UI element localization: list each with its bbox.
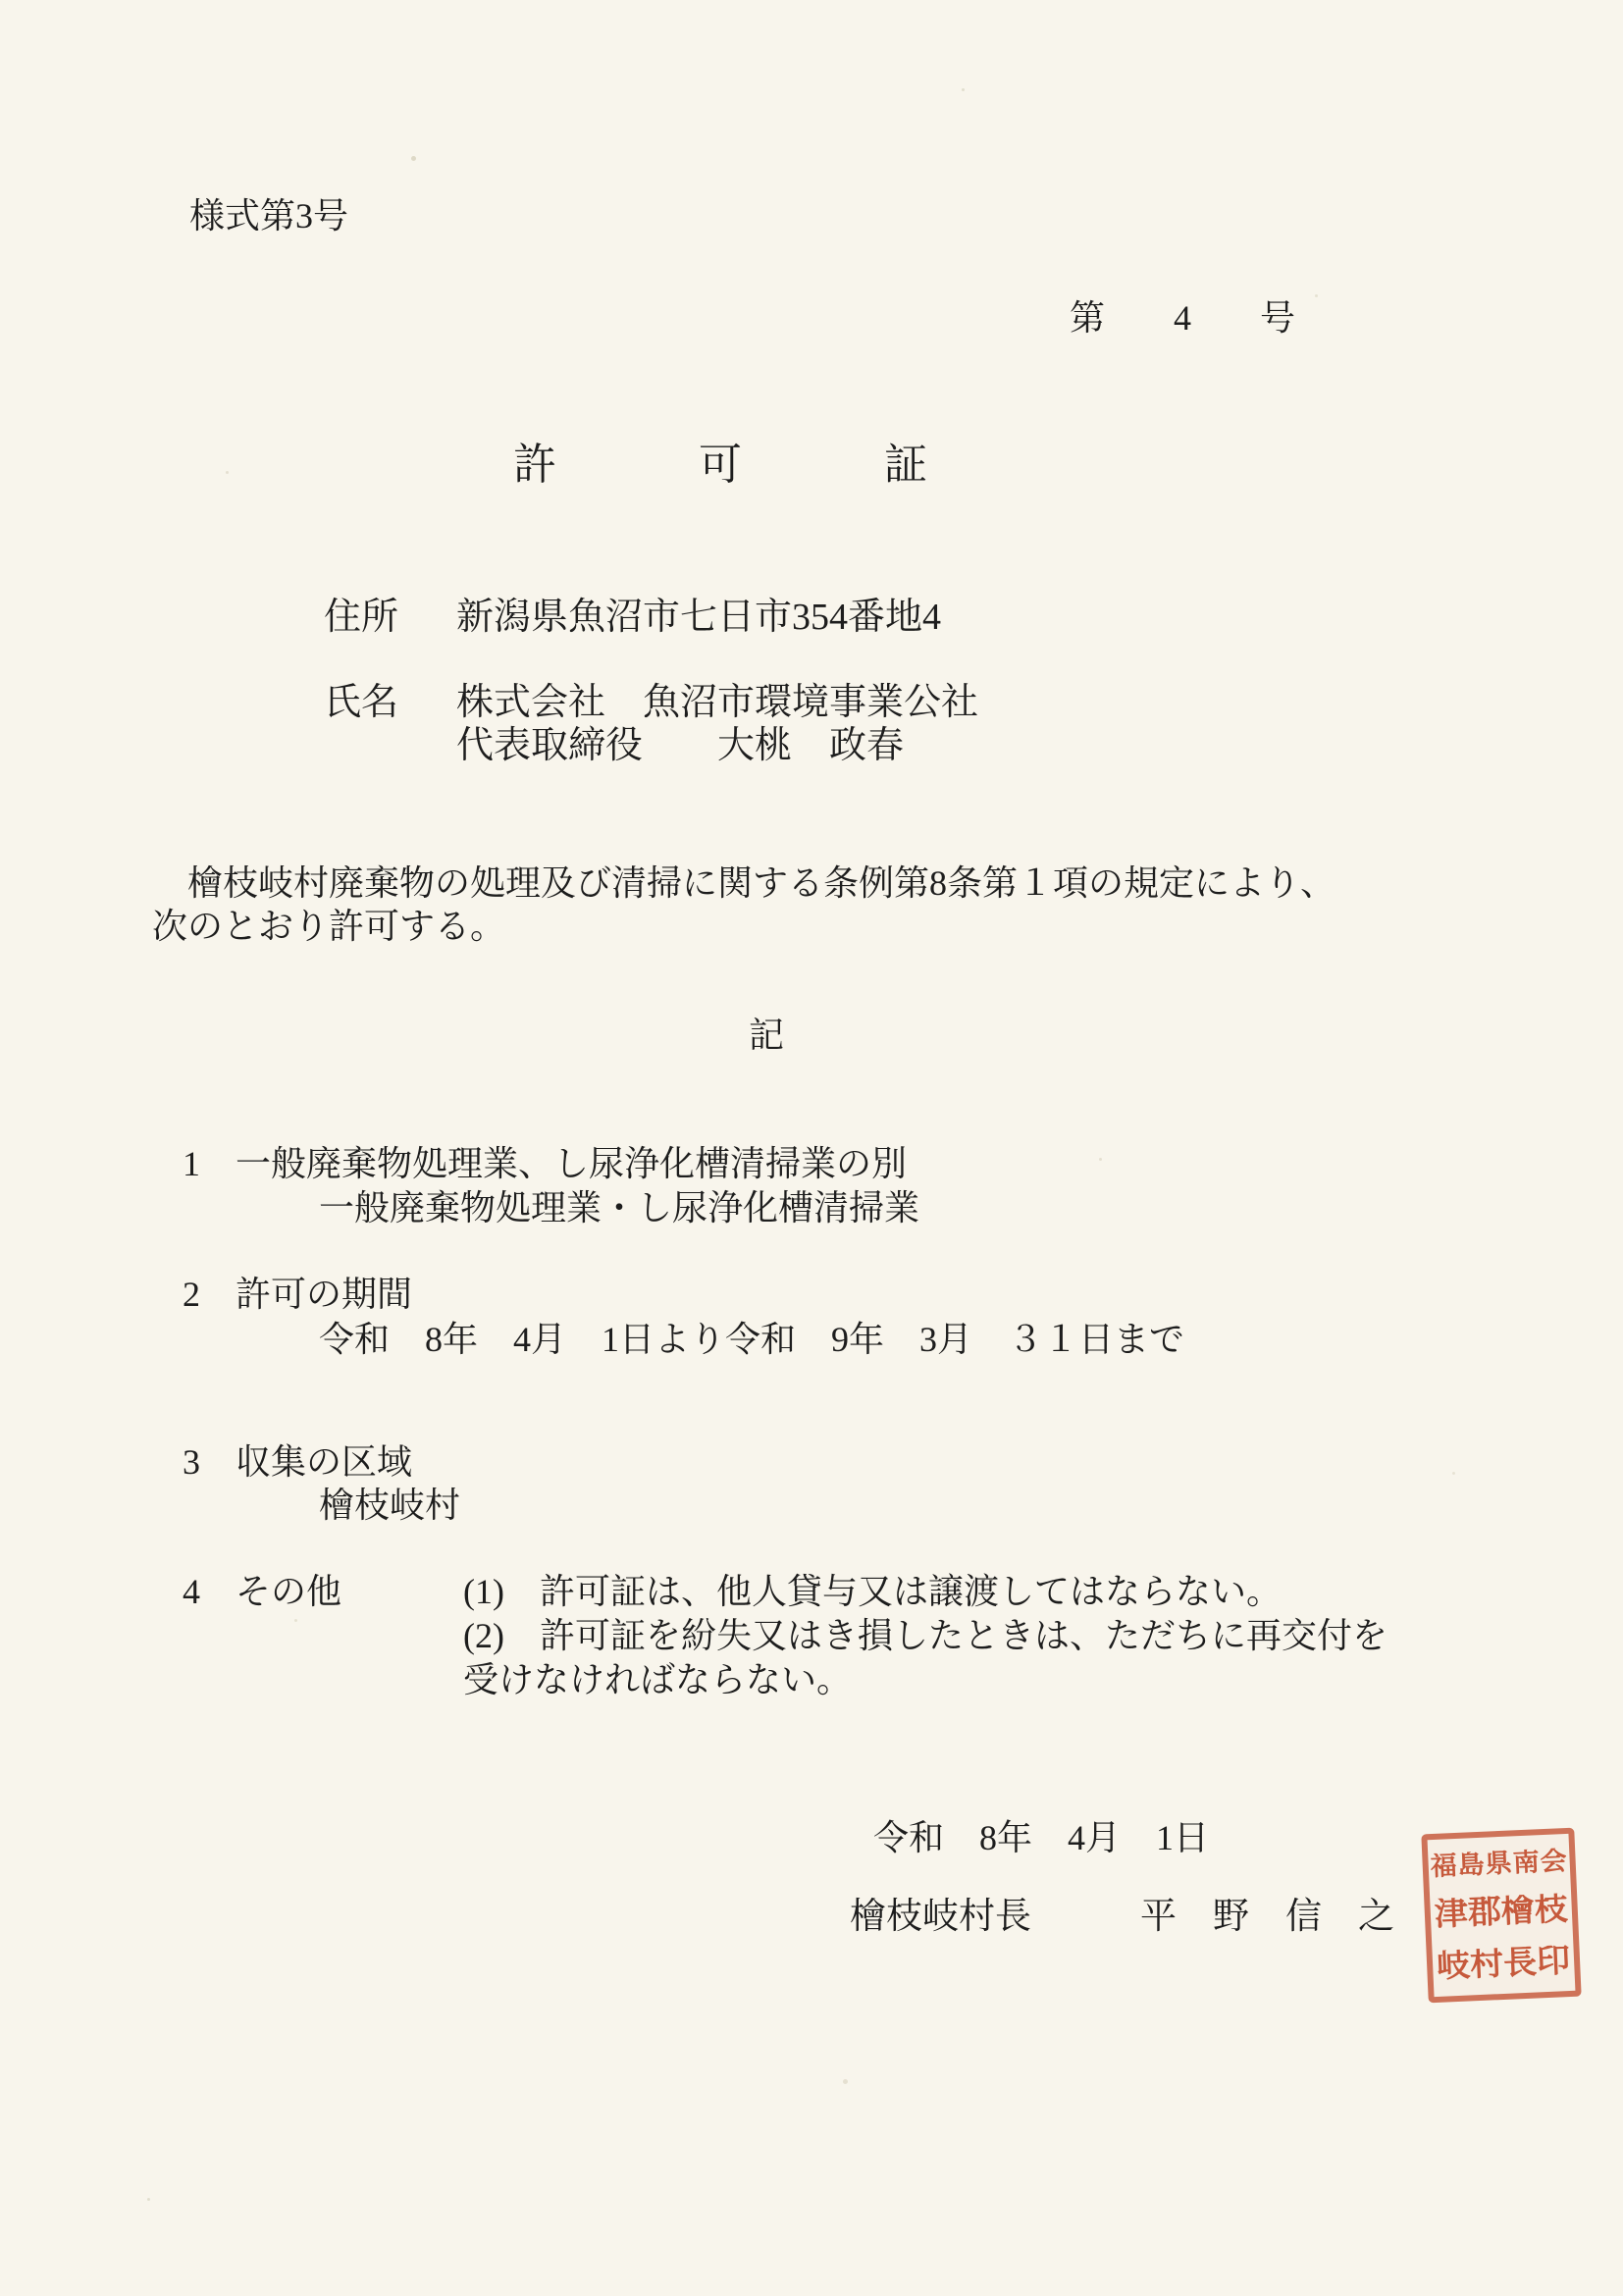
seal-text-row-2: 津郡檜枝 (1432, 1892, 1570, 1931)
company-name: 株式会社 魚沼市環境事業公社 (456, 680, 978, 727)
item-4-clause-1: (1) 許可証は、他人貸与又は譲渡してはならない。 (463, 1570, 1282, 1614)
item-3-number: 3 (183, 1440, 200, 1485)
record-marker: 記 (749, 1014, 784, 1058)
permit-certificate-page: 様式第3号 第4号 許可証 住所 新潟県魚沼市七日市354番地4 氏名 株式会社… (0, 0, 1623, 2296)
item-4-clause-2-continuation: 受けなければならない。 (463, 1658, 852, 1702)
item-2-heading: 許可の期間 (236, 1273, 412, 1317)
address-label: 住所 (324, 595, 398, 642)
item-3-heading: 収集の区域 (236, 1440, 412, 1485)
item-2-detail: 令和 8年 4月 1日より令和 9年 3月 ３１日まで (319, 1318, 1184, 1362)
ordinance-paragraph-line1: 檜枝岐村廃棄物の処理及び清掃に関する条例第8条第１項の規定により、 (152, 861, 1335, 906)
item-2-number: 2 (183, 1273, 200, 1317)
item-4-clause-2: (2) 許可証を紛失又はき損したときは、ただちに再交付を (463, 1614, 1387, 1658)
form-number: 様式第3号 (189, 194, 348, 238)
scan-noise (0, 0, 3, 3)
address-value: 新潟県魚沼市七日市354番地4 (456, 595, 941, 642)
item-1-number: 1 (183, 1142, 200, 1186)
issuer-name: 檜枝岐村長 平 野 信 之 (850, 1895, 1394, 1940)
certificate-number: 第4号 (1070, 296, 1364, 340)
item-3-detail: 檜枝岐村 (319, 1484, 460, 1528)
name-label: 氏名 (324, 680, 398, 727)
representative-name: 代表取締役 大桃 政春 (456, 723, 904, 770)
item-4-number: 4 (183, 1570, 200, 1614)
seal-text-row-3: 岐村長印 (1434, 1944, 1572, 1983)
item-1-detail: 一般廃棄物処理業・し尿浄化槽清掃業 (319, 1186, 919, 1230)
seal-text-row-1: 福島県南会 (1430, 1848, 1568, 1880)
item-1-heading: 一般廃棄物処理業、し尿浄化槽清掃業の別 (236, 1142, 907, 1186)
document-title: 許可証 (513, 438, 1070, 492)
official-red-seal: 福島県南会 津郡檜枝 岐村長印 (1421, 1828, 1581, 2004)
ordinance-paragraph-line2: 次のとおり許可する。 (152, 905, 505, 949)
issue-date: 令和 8年 4月 1日 (873, 1816, 1209, 1860)
item-4-heading: その他 (236, 1570, 341, 1614)
